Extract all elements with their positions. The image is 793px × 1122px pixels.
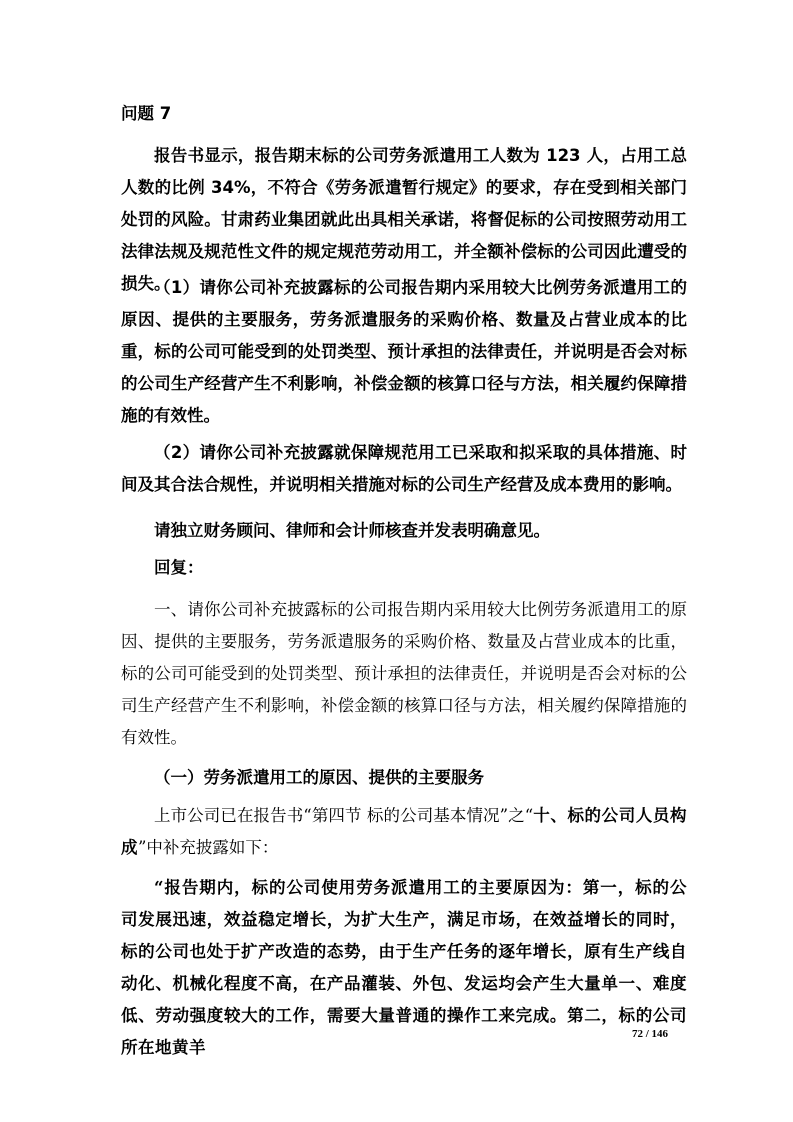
- intro-text-1: 上市公司已在报告书“第四节 标的公司基本情况”之“: [154, 806, 533, 825]
- question-item-2: （2）请你公司补充披露就保障规范用工已采取和拟采取的具体措施、时间及其合法合规性…: [121, 437, 687, 501]
- disclosure-quote: “报告期内，标的公司使用劳务派遣用工的主要原因为：第一，标的公司发展迅速，效益稳…: [121, 872, 687, 1064]
- question-item-1: （1）请你公司补充披露标的公司报告期内采用较大比例劳务派遣用工的原因、提供的主要…: [121, 272, 687, 432]
- reply-subsection-1-heading: （一）劳务派遣用工的原因、提供的主要服务: [121, 762, 687, 794]
- question-title: 问题 7: [121, 100, 171, 124]
- disclosure-intro: 上市公司已在报告书“第四节 标的公司基本情况”之“十、标的公司人员构成”中补充披…: [121, 800, 687, 864]
- page-number: 72 / 146: [632, 1028, 668, 1040]
- reply-section-1-heading: 一、请你公司补充披露标的公司报告期内采用较大比例劳务派遣用工的原因、提供的主要服…: [121, 594, 687, 754]
- intro-text-2: ”中补充披露如下：: [138, 838, 278, 857]
- reply-label: 回复：: [121, 552, 687, 584]
- document-page: 问题 7 报告书显示，报告期末标的公司劳务派遣用工人数为 123 人，占用工总人…: [0, 0, 793, 1122]
- verification-request: 请独立财务顾问、律师和会计师核查并发表明确意见。: [121, 515, 687, 547]
